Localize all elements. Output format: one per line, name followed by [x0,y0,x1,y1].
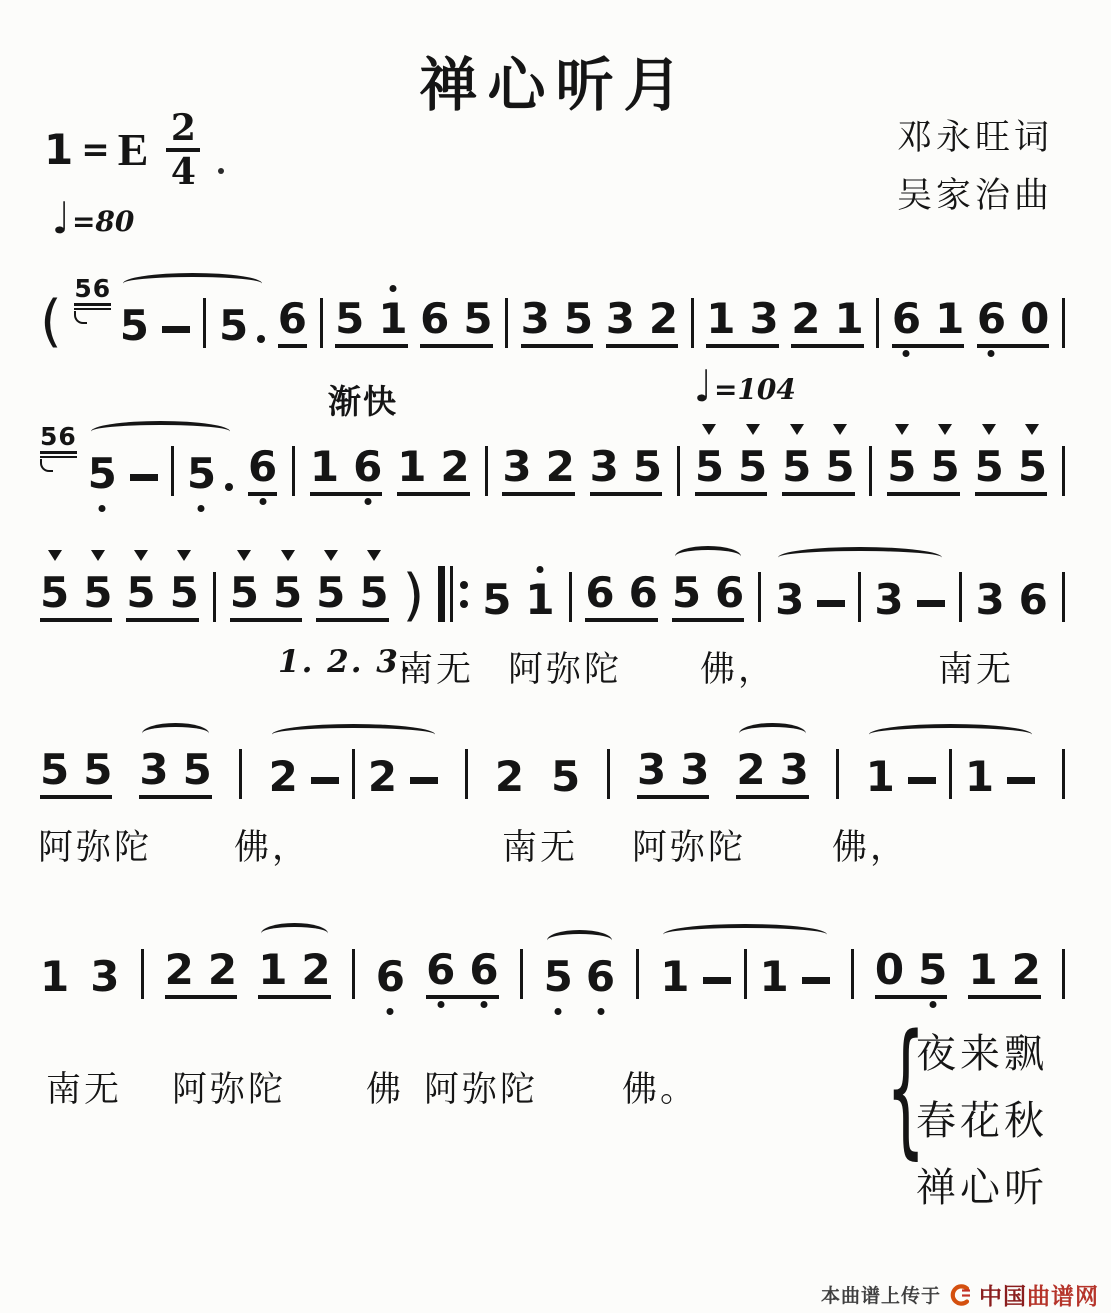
slur-group: 55 [88,446,233,496]
continuation-dash [162,326,190,333]
site-name-part2: 曲谱网 [1027,1284,1099,1309]
note: 6 [353,445,382,489]
note: 1 [706,297,735,341]
continuation-dash [703,977,731,984]
barline [505,298,508,348]
note: 5 [187,452,233,496]
note: 2 [165,948,194,992]
octave-dot-low [597,1008,604,1015]
rthin [450,566,453,622]
barline [836,749,839,799]
accent-mark [367,550,381,561]
accent-mark [938,424,952,435]
note: 3 [90,955,119,999]
note-number: 5 [88,452,117,496]
note: 6 [278,297,307,341]
note-number: 1 [965,755,994,799]
note: 3 [637,748,666,792]
note: 0 [875,948,904,992]
beam-group: 21 [791,297,863,348]
note: 3 [874,578,903,622]
accent-mark [177,550,191,561]
note: 1 [965,755,994,799]
grace-number: 56 [40,424,77,450]
continuation-dash [410,777,438,784]
note-number: 5 [544,955,573,999]
note: 1 [397,445,426,489]
note: 5 [83,571,112,615]
octave-dot-low [480,1001,487,1008]
beam-group: 56 [672,571,744,622]
barline [1062,572,1065,622]
accent-mark [134,550,148,561]
note: 0 [1020,297,1049,341]
beam-group: 51 [335,297,407,348]
lyric-segment: 佛， [234,820,310,870]
music-line-1: (565565165353213216160 [40,276,1065,348]
barline [607,749,610,799]
key-number: 1 [44,129,73,171]
note: 3 [502,445,531,489]
note-number: 3 [139,748,168,792]
note: 1 [968,948,997,992]
note-number: 1 [760,955,789,999]
continuation-dash [802,977,830,984]
beam-group: 23 [736,748,808,799]
rthick [438,566,445,622]
site-name-part1: 中国 [979,1284,1027,1309]
barline [858,572,861,622]
note-number: 3 [680,748,709,792]
beam-group: 55 [316,571,388,622]
beam-group: 16 [310,445,382,496]
note: 3 [521,297,550,341]
beam-group: 55 [782,445,854,496]
accent-mark [833,424,847,435]
note-number: 3 [775,578,804,622]
note: 2 [1012,948,1041,992]
octave-dot-low [259,498,266,505]
barline [758,572,761,622]
beam-group: 22 [165,948,237,999]
note-number: 2 [208,948,237,992]
watermark-site-name: 中国曲谱网 [979,1278,1099,1311]
note: 5 [633,445,662,489]
note-number: 6 [426,948,455,992]
continuation-dash [817,600,845,607]
beam-group: 61 [892,297,964,348]
note: 5 [544,955,573,999]
barline [636,949,639,999]
note: 5 [40,571,69,615]
note-number: 5 [83,571,112,615]
accelerando-label: 渐快 [328,376,398,423]
beam-group: 55 [40,571,112,622]
note: 6 [426,948,455,992]
note-number: 2 [269,755,298,799]
continuation-dash [908,777,936,784]
note-number: 5 [316,571,345,615]
beam-group: 55 [126,571,198,622]
beam-group: 60 [977,297,1049,348]
verse-block: 夜来飘春花秋禅心听 [916,1022,1048,1213]
note: 2 [269,755,298,799]
barline [171,446,174,496]
grace-hook [74,311,87,324]
note-number: 1 [660,955,689,999]
note-number: 5 [463,297,492,341]
barline [1062,749,1065,799]
tempo-marking-80: ♩ =80 [52,196,134,240]
note: 5 [551,755,580,799]
note-number: 5 [183,748,212,792]
note-number: 2 [440,445,469,489]
beam-group: 35 [521,297,593,348]
note-number: 3 [637,748,666,792]
note: 5 [975,445,1004,489]
grace-underlines [74,303,111,310]
note-number: 5 [695,445,724,489]
lyric-segment: 1. 2. 3. [278,642,413,682]
slur-group: 56 [544,955,615,999]
slur-group: 55 [120,298,265,348]
barline [1062,446,1065,496]
note-number: 5 [482,578,511,622]
grace-underlines [40,451,77,458]
stray-dot [218,168,224,174]
note-number: 6 [353,445,382,489]
lyric-segment: 南无 [398,642,474,692]
note-number: 2 [736,748,765,792]
watermark: 本曲谱上传于 中国曲谱网 [821,1278,1099,1311]
credits: 邓永旺词 吴家治曲 [897,110,1053,218]
note: 1 [258,948,287,992]
note-number: 5 [120,304,149,348]
note: 3 [749,297,778,341]
note: 3 [975,578,1004,622]
note: 1 [835,297,864,341]
slur-group: 23 [736,748,808,799]
octave-dot-low [364,498,371,505]
accent-mark [237,550,251,561]
parenthesis: ) [402,570,424,622]
beam-group: 66 [585,571,657,622]
note-number: 5 [40,571,69,615]
note-number: 5 [1018,445,1047,489]
note-number: 6 [278,297,307,341]
note: 2 [368,755,397,799]
note-number: 3 [975,578,1004,622]
gl [74,303,111,306]
note: 2 [301,948,330,992]
note-number: 5 [564,297,593,341]
grace-note: 56 [40,424,77,472]
music-site-logo-icon [948,1283,972,1307]
note-number: 5 [335,297,364,341]
barline [677,446,680,496]
note-number: 2 [791,297,820,341]
note-number: 5 [931,445,960,489]
note: 5 [695,445,724,489]
note-number: 1 [397,445,426,489]
composer-credit: 吴家治曲 [897,168,1053,218]
barline [876,298,879,348]
note: 5 [316,571,345,615]
note: 5 [738,445,767,489]
note-number: 3 [521,297,550,341]
quarter-note-icon: ♩ [52,193,70,244]
note-number: 5 [672,571,701,615]
note: 3 [590,445,619,489]
note-number: 5 [359,571,388,615]
barline [352,949,355,999]
grace-number: 56 [74,276,111,302]
beam-group: 32 [502,445,574,496]
beam-group: 05 [875,948,947,999]
key-signature: 1 = E 2 4 [44,104,200,196]
note: 6 [892,297,921,341]
note: 5 [672,571,701,615]
duration-dot [257,335,265,343]
beam-group: 12 [258,948,330,999]
note: 3 [139,748,168,792]
note: 6 [977,297,1006,341]
barline [959,572,962,622]
note-number: 2 [368,755,397,799]
note-number: 2 [649,297,678,341]
accent-mark [91,550,105,561]
beam-group: 55 [230,571,302,622]
note-number: 3 [90,955,119,999]
barline [520,949,523,999]
quarter-note-icon: ♩ [694,361,712,412]
note: 6 [420,297,449,341]
note: 3 [606,297,635,341]
note: 3 [775,578,804,622]
note: 1 [660,955,689,999]
lyric-segment: 佛 [366,1062,404,1112]
note: 5 [918,948,947,992]
octave-dot-low [99,505,106,512]
note-number: 5 [918,948,947,992]
beam-group: 55 [40,748,112,799]
barline [869,446,872,496]
note: 2 [546,445,575,489]
continuation-dash [311,777,339,784]
lyric-segment: 阿弥陀 [424,1062,538,1112]
note: 6 [248,445,277,489]
beam-group: 12 [968,948,1040,999]
continuation-dash [917,600,945,607]
note: 6 [376,955,405,999]
note: 5 [825,445,854,489]
octave-dot-low [198,505,205,512]
beam-group: 55 [887,445,959,496]
beam-group: 35 [139,748,211,799]
note: 5 [564,297,593,341]
barline [1062,949,1065,999]
note-number: 1 [525,578,554,622]
barline [744,949,747,999]
slur-group: 35 [139,748,211,799]
beam-group: 6 [248,445,277,496]
slur-group: 12 [258,948,330,999]
barline [851,949,854,999]
note: 5 [359,571,388,615]
repeat-sign [438,566,468,622]
music-line-2: 565561612323555555555 [40,424,1065,496]
rdot [460,600,468,608]
lyric-segment: 佛， [832,820,908,870]
note: 5 [931,445,960,489]
note-number: 6 [585,571,614,615]
note: 1 [525,578,554,622]
music-line-3: 55555555)5166563336 [40,566,1065,622]
beam-group: 55 [975,445,1047,496]
note-number: 1 [40,955,69,999]
note-number: 1 [378,297,407,341]
lyric-segment: 佛。 [622,1062,698,1112]
parenthesis: ( [40,296,62,348]
beam-group: 55 [695,445,767,496]
accent-mark [1025,424,1039,435]
slur-group: 56 [672,571,744,622]
grace-hook [40,459,53,472]
note: 5 [170,571,199,615]
note-number: 6 [248,445,277,489]
note: 5 [482,578,511,622]
time-signature: 2 4 [166,110,200,190]
note-number: 0 [1020,297,1049,341]
beam-group: 65 [420,297,492,348]
note: 6 [715,571,744,615]
lyric-segment: 佛， [700,642,776,692]
note-number: 5 [219,304,248,348]
equals-sign: = [81,133,110,167]
lyric-segment: 南无 [502,820,578,870]
note-number: 1 [835,297,864,341]
note: 1 [866,755,895,799]
gl [74,308,111,311]
grace-note: 56 [74,276,111,324]
octave-dot-low [555,1008,562,1015]
beam-group: 35 [590,445,662,496]
note: 2 [736,748,765,792]
lyric-segment: 阿弥陀 [632,820,746,870]
note-number: 6 [977,297,1006,341]
rdot [460,581,468,589]
note: 5 [335,297,364,341]
beam-group: 66 [426,948,498,999]
note-number: 5 [825,445,854,489]
note: 6 [1019,578,1048,622]
repeat-dots [460,581,468,608]
note: 1 [378,297,407,341]
beam-group: 33 [637,748,709,799]
note-number: 6 [376,955,405,999]
beam-group: 6 [278,297,307,348]
note: 5 [40,748,69,792]
continuation-dash [130,474,158,481]
note-number: 2 [495,755,524,799]
note: 2 [440,445,469,489]
note: 2 [791,297,820,341]
slur-group: 22 [269,749,438,799]
note: 5 [463,297,492,341]
note-number: 2 [1012,948,1041,992]
note-number: 6 [715,571,744,615]
note-number: 5 [40,748,69,792]
beam-group: 32 [606,297,678,348]
lyric-segment: 南无 [46,1062,122,1112]
music-line-4: 55352225332311 [40,748,1065,799]
octave-dot-low [437,1001,444,1008]
note-number: 2 [165,948,194,992]
note-number: 6 [469,948,498,992]
note: 6 [629,571,658,615]
note-number: 5 [975,445,1004,489]
note-number: 5 [83,748,112,792]
note-number: 1 [310,445,339,489]
note-number: 5 [170,571,199,615]
barline [949,749,952,799]
note-number: 2 [546,445,575,489]
note-number: 6 [420,297,449,341]
note-number: 5 [551,755,580,799]
note: 5 [88,452,117,496]
note-number: 2 [301,948,330,992]
note: 5 [120,304,149,348]
note-number: 5 [633,445,662,489]
note: 1 [935,297,964,341]
key-letter: E [118,127,149,173]
octave-dot-low [387,1008,394,1015]
tempo-value: =104 [714,376,796,404]
note: 5 [230,571,259,615]
barline [569,572,572,622]
note-number: 6 [586,955,615,999]
lyric-segment: 南无 [938,642,1014,692]
note: 5 [83,748,112,792]
note-number: 3 [502,445,531,489]
note-number: 1 [706,297,735,341]
barline [239,749,242,799]
barline [691,298,694,348]
note-number: 3 [590,445,619,489]
note: 2 [649,297,678,341]
note: 3 [680,748,709,792]
note: 1 [310,445,339,489]
note-number: 5 [738,445,767,489]
note: 5 [219,304,265,348]
meter-denominator: 4 [171,154,196,190]
note: 5 [887,445,916,489]
note: 6 [585,571,614,615]
note: 5 [1018,445,1047,489]
note-number: 5 [230,571,259,615]
note-number: 1 [866,755,895,799]
note: 6 [469,948,498,992]
barline [292,446,295,496]
barline [1062,298,1065,348]
note-number: 1 [258,948,287,992]
note-number: 6 [892,297,921,341]
lyric-segment: 阿弥陀 [172,1062,286,1112]
gl [40,451,77,454]
lyrics-line-1: 1. 2. 3.南无阿弥陀佛，南无 [0,642,1111,688]
accent-mark [702,424,716,435]
note-number: 0 [875,948,904,992]
